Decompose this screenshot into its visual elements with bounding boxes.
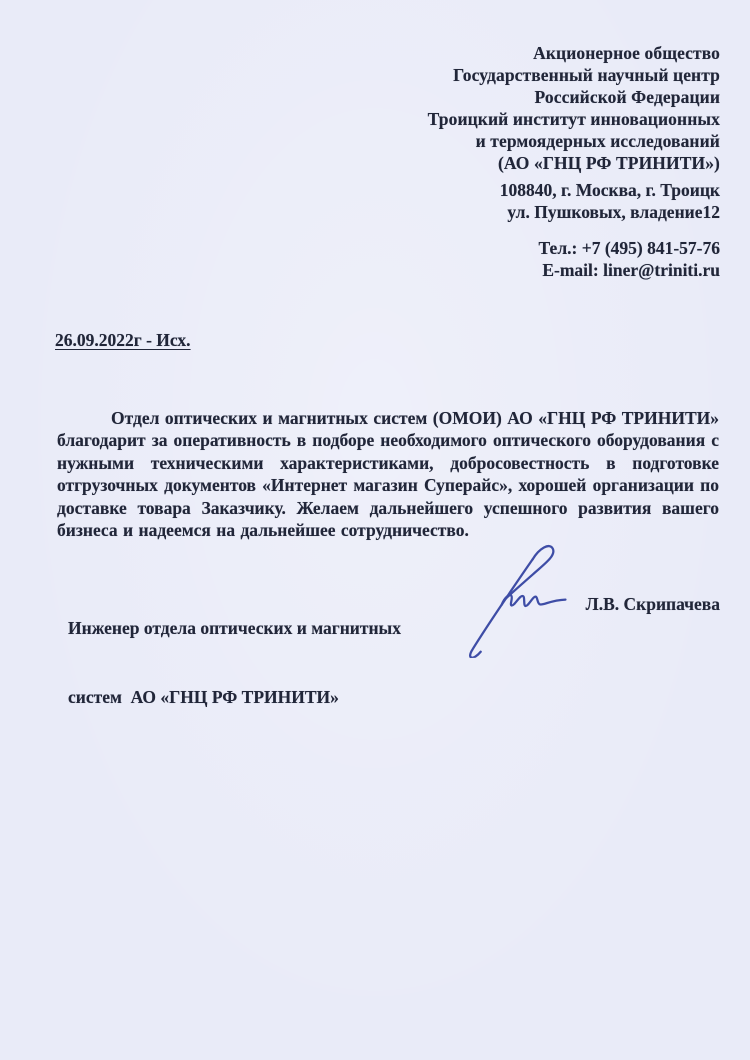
organization-header: Акционерное общество Государственный нау… [428, 42, 720, 174]
letter-page: Акционерное общество Государственный нау… [0, 0, 750, 1060]
signer-role-line: Инженер отдела оптических и магнитных [68, 617, 401, 640]
phone-number: Тел.: +7 (495) 841-57-76 [539, 237, 720, 259]
org-line: и термоядерных исследований [428, 130, 720, 152]
email-address: E-mail: liner@triniti.ru [539, 259, 720, 281]
address-line: 108840, г. Москва, г. Троицк [500, 179, 720, 201]
signer-role: Инженер отдела оптических и магнитных си… [68, 571, 401, 755]
org-line: Троицкий институт инновационных [428, 108, 720, 130]
org-line: Государственный научный центр [428, 64, 720, 86]
handwritten-signature-icon [450, 535, 604, 658]
signer-role-line: систем АО «ГНЦ РФ ТРИНИТИ» [68, 686, 401, 709]
address-line: ул. Пушковых, владение12 [500, 201, 720, 223]
date-reference-line: 26.09.2022г - Исх. [55, 330, 191, 351]
signer-name: Л.В. Скрипачева [586, 594, 720, 615]
letter-body: Отдел оптических и магнитных систем (ОМО… [57, 407, 719, 541]
org-abbreviation: (АО «ГНЦ РФ ТРИНИТИ») [428, 152, 720, 174]
org-line: Российской Федерации [428, 86, 720, 108]
contact-info: Тел.: +7 (495) 841-57-76 E-mail: liner@t… [539, 237, 720, 281]
postal-address: 108840, г. Москва, г. Троицк ул. Пушковы… [500, 179, 720, 223]
org-line: Акционерное общество [428, 42, 720, 64]
